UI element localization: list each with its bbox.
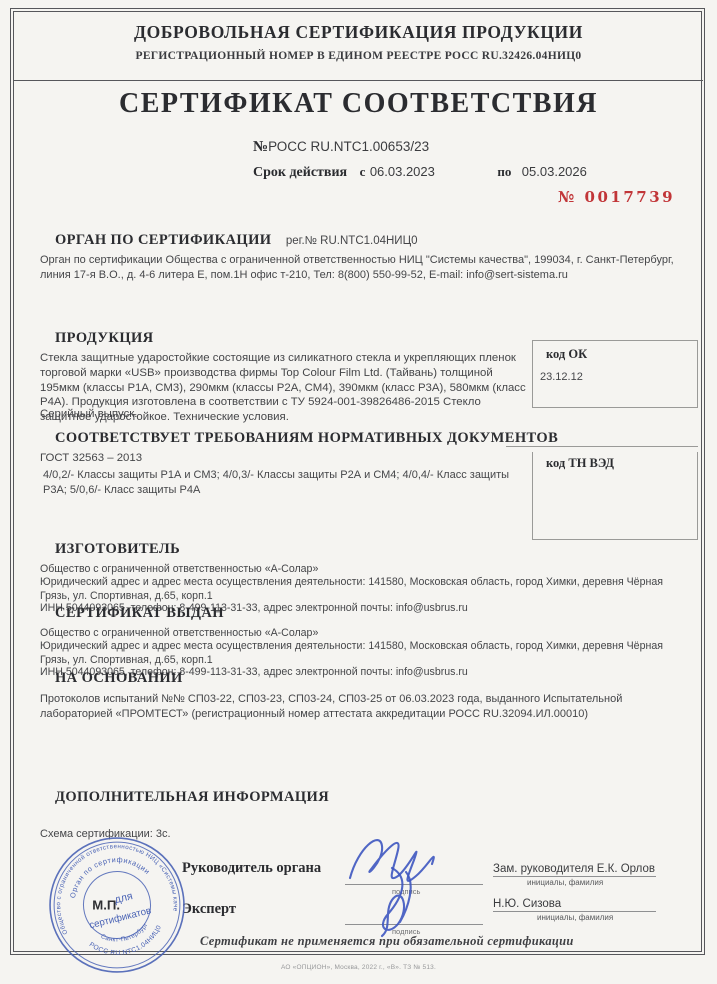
manufacturer-heading: ИЗГОТОВИТЕЛЬ (55, 541, 180, 558)
certificate-number-row: №РОСС RU.NTC1.00653/23 (253, 138, 429, 156)
stamp-mp-mark: М.П. (92, 898, 120, 913)
manufacturer-line2: Юридический адрес и адрес места осуществ… (40, 576, 688, 603)
validity-to-date: 05.03.2026 (522, 164, 587, 179)
blank-number: № 0017739 (558, 188, 675, 206)
expert-name-line (493, 911, 656, 912)
head-name: Зам. руководителя Е.К. Орлов (493, 863, 655, 875)
header-registry-number: РЕГИСТРАЦИОННЫЙ НОМЕР В ЕДИНОМ РЕЕСТРЕ Р… (0, 50, 717, 62)
header-separator (14, 80, 703, 81)
manufacturer-line1: Общество с ограниченной ответственностью… (40, 563, 688, 577)
code-tnved-box: код ТН ВЭД (532, 452, 698, 540)
validity-to-label: по (497, 164, 511, 179)
code-ok-box: код ОК 23.12.12 (532, 340, 698, 408)
expert-signature-autograph (358, 864, 442, 945)
validity-label: Срок действия (253, 165, 347, 180)
product-heading: ПРОДУКЦИЯ (55, 330, 154, 347)
code-ok-value: 23.12.12 (540, 371, 583, 383)
org-text: Орган по сертификации Общества с огранич… (40, 253, 680, 282)
issued-line2: Юридический адрес и адрес места осуществ… (40, 640, 688, 667)
expert-name: Н.Ю. Сизова (493, 898, 561, 910)
additional-heading: ДОПОЛНИТЕЛЬНАЯ ИНФОРМАЦИЯ (55, 789, 329, 806)
validity-row: Срок действия с 06.03.2023 по 05.03.2026 (253, 163, 693, 181)
compliance-rule (506, 446, 698, 447)
head-name-line (493, 876, 656, 877)
issued-heading: СЕРТИФИКАТ ВЫДАН (55, 605, 224, 622)
validity-from-date: 06.03.2023 (370, 164, 435, 179)
product-serial: Серийный выпуск. (40, 408, 137, 420)
header-title: ДОБРОВОЛЬНАЯ СЕРТИФИКАЦИЯ ПРОДУКЦИИ (0, 22, 717, 43)
head-name-caption: инициалы, фамилия (527, 878, 603, 887)
validity-from-label: с (360, 164, 366, 179)
compliance-classes: 4/0,2/- Классы защиты Р1А и СМ3; 4/0,3/-… (43, 468, 518, 498)
certificate-number: РОСС RU.NTC1.00653/23 (268, 139, 429, 154)
certificate-page: ДОБРОВОЛЬНАЯ СЕРТИФИКАЦИЯ ПРОДУКЦИИ РЕГИ… (0, 0, 717, 984)
org-heading-row: ОРГАН ПО СЕРТИФИКАЦИИ рег.№ RU.NTC1.04НИ… (55, 231, 417, 249)
code-tnved-label: код ТН ВЭД (546, 456, 614, 471)
compliance-heading: СООТВЕТСТВУЕТ ТРЕБОВАНИЯМ НОРМАТИВНЫХ ДО… (55, 430, 558, 447)
document-title: СЕРТИФИКАТ СООТВЕТСТВИЯ (0, 88, 717, 120)
issued-line1: Общество с ограниченной ответственностью… (40, 627, 688, 641)
certificate-number-sign: № (253, 139, 268, 155)
compliance-gost: ГОСТ 32563 – 2013 (40, 452, 142, 464)
expert-name-caption: инициалы, фамилия (537, 913, 613, 922)
org-heading: ОРГАН ПО СЕРТИФИКАЦИИ (55, 232, 271, 248)
basis-heading: НА ОСНОВАНИИ (55, 670, 183, 687)
code-ok-label: код ОК (546, 347, 587, 362)
org-reg-number: рег.№ RU.NTC1.04НИЦ0 (286, 235, 418, 247)
head-of-body-label: Руководитель органа (182, 860, 321, 877)
basis-text: Протоколов испытаний №№ СП03-22, СП03-23… (40, 692, 680, 721)
